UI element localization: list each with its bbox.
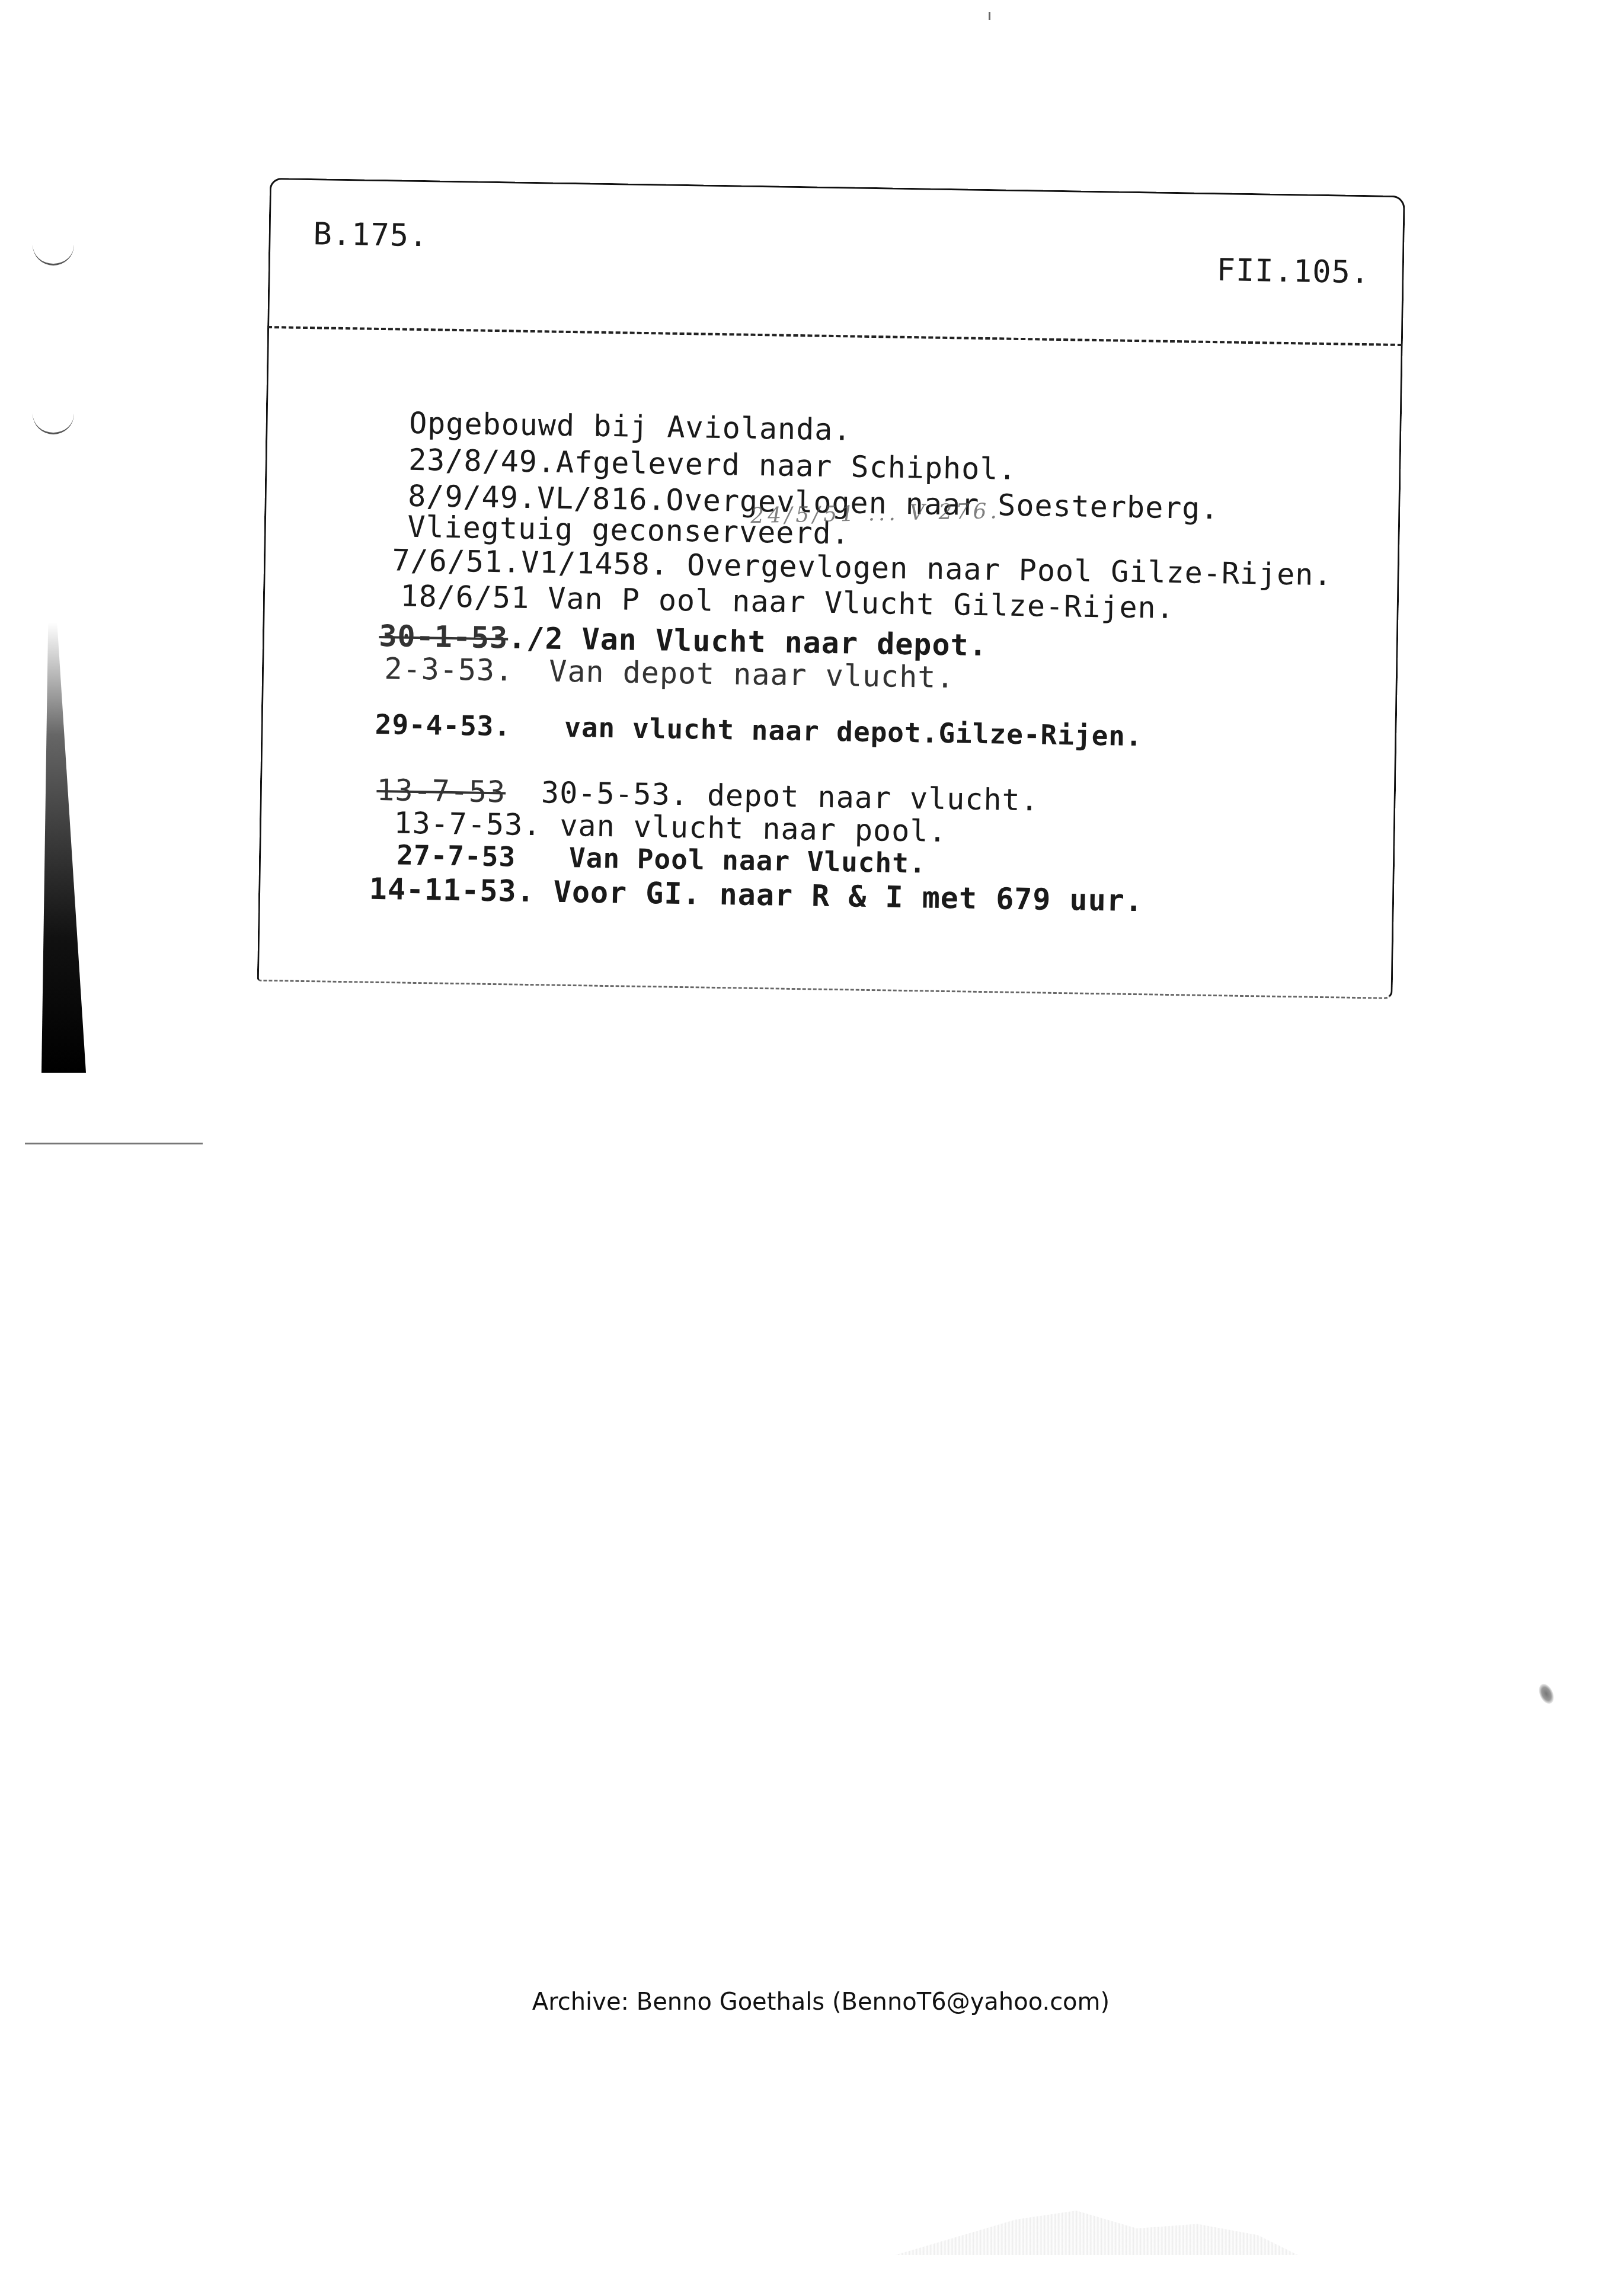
archive-credit: Archive: Benno Goethals (BennoT6@yahoo.c… <box>0 1988 1624 2016</box>
scan-edge-line <box>25 1143 203 1144</box>
scan-edge-shadow <box>41 622 86 1073</box>
entry-text: Voor GI. naar R & I met 679 uur. <box>553 875 1143 919</box>
scan-noise <box>895 2211 1298 2255</box>
index-card: B.175. FII.105. Opgebouwd bij Aviolanda.… <box>257 178 1408 1002</box>
scan-speck <box>1536 1681 1556 1706</box>
entry-date: 14-11-53. <box>369 872 535 909</box>
punch-hole-mark <box>33 403 74 434</box>
card-id-right: FII.105. <box>1216 255 1370 288</box>
entry-text: van vlucht naar depot.Gilze-Rijen. <box>564 711 1143 752</box>
scan-artifact-mark <box>989 12 990 20</box>
entry-date: 2-3-53. <box>384 651 514 687</box>
entry-date: 29-4-53. <box>375 708 511 743</box>
punch-hole-mark <box>33 234 74 266</box>
scanned-page: B.175. FII.105. Opgebouwd bij Aviolanda.… <box>0 0 1624 2293</box>
card-id-left: B.175. <box>313 219 429 251</box>
card-entry: 14-11-53. Voor GI. naar R & I met 679 uu… <box>258 843 1144 945</box>
